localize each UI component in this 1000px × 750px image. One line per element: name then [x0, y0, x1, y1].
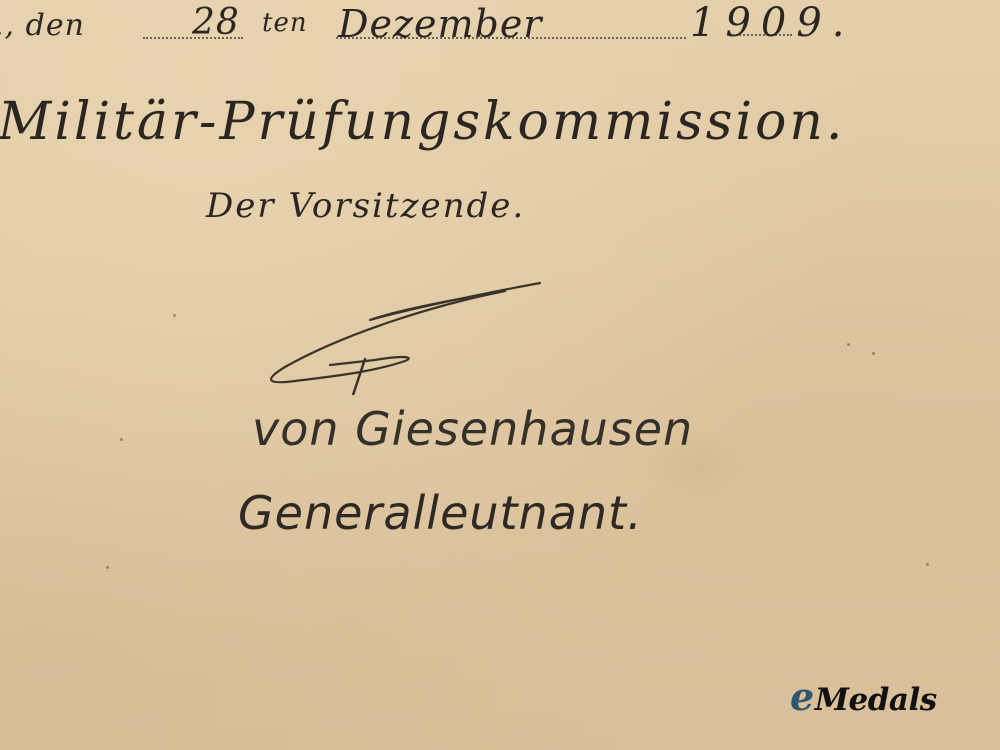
watermark-text: Medals — [815, 682, 937, 718]
date-prefix: ., den — [0, 8, 85, 43]
date-day: 28 — [192, 2, 240, 43]
watermark-prefix: e — [790, 674, 814, 719]
paper-speck — [120, 438, 123, 441]
signature-flourish-icon — [255, 275, 555, 395]
date-der: ten — [262, 8, 308, 38]
issuing-body: Militär-Prüfungskommission. — [0, 92, 845, 152]
date-year: 1909. — [690, 0, 855, 46]
paper-speck — [926, 563, 929, 566]
paper-speck — [872, 352, 875, 355]
signature-rank: Generalleutnant. — [238, 486, 643, 540]
emedals-watermark: eMedals — [790, 674, 937, 719]
document-page: ., den 28 ten Dezember 1909. Militär-Prü… — [0, 0, 1000, 750]
paper-speck — [847, 343, 850, 346]
paper-speck — [106, 566, 109, 569]
paper-speck — [173, 314, 176, 317]
signature-name: von Giesenhausen — [252, 402, 693, 456]
role-line: Der Vorsitzende. — [206, 186, 525, 226]
date-month: Dezember — [338, 2, 542, 46]
